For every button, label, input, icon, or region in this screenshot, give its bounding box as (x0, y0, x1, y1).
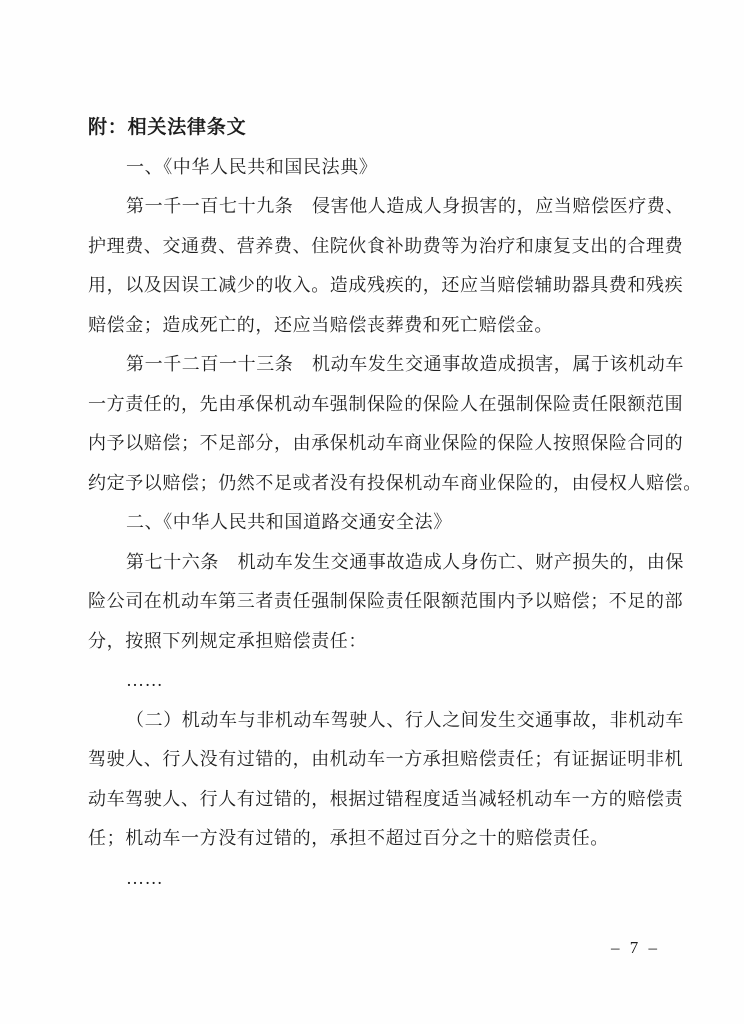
article-1213-line: 一方责任的，先由承保机动车强制保险的保险人在强制保险责任限额范围 (88, 385, 658, 425)
article-1213-line: 内予以赔偿；不足部分，由承保机动车商业保险的保险人按照保险合同的 (88, 424, 658, 464)
item-2-line: 任；机动车一方没有过错的，承担不超过百分之十的赔偿责任。 (88, 819, 658, 859)
article-1179-line: 赔偿金；造成死亡的，还应当赔偿丧葬费和死亡赔偿金。 (88, 306, 658, 346)
ellipsis-line: …… (88, 859, 658, 899)
article-76-line: 分，按照下列规定承担赔偿责任： (88, 622, 658, 662)
article-1179-line: 第一千一百七十九条 侵害他人造成人身损害的，应当赔偿医疗费、 (88, 187, 658, 227)
item-2-line: 动车驾驶人、行人有过错的，根据过错程度适当减轻机动车一方的赔偿责 (88, 780, 658, 820)
article-76-line: 险公司在机动车第三者责任强制保险责任限额范围内予以赔偿；不足的部 (88, 582, 658, 622)
item-2-line: （二）机动车与非机动车驾驶人、行人之间发生交通事故，非机动车 (88, 701, 658, 741)
section-2-title: 二、《中华人民共和国道路交通安全法》 (88, 503, 658, 543)
article-1213-line: 第一千二百一十三条 机动车发生交通事故造成损害，属于该机动车 (88, 345, 658, 385)
ellipsis-line: …… (88, 661, 658, 701)
document-body: 附：相关法律条文 一、《中华人民共和国民法典》 第一千一百七十九条 侵害他人造成… (88, 108, 658, 898)
page-number: – 7 – (611, 936, 660, 960)
document-page: 附：相关法律条文 一、《中华人民共和国民法典》 第一千一百七十九条 侵害他人造成… (0, 0, 744, 1024)
article-76-line: 第七十六条 机动车发生交通事故造成人身伤亡、财产损失的，由保 (88, 543, 658, 583)
article-1213-line: 约定予以赔偿；仍然不足或者没有投保机动车商业保险的，由侵权人赔偿。 (88, 464, 658, 504)
article-1179-line: 护理费、交通费、营养费、住院伙食补助费等为治疗和康复支出的合理费 (88, 227, 658, 267)
attachment-heading: 附：相关法律条文 (88, 108, 658, 148)
item-2-line: 驾驶人、行人没有过错的，由机动车一方承担赔偿责任；有证据证明非机 (88, 740, 658, 780)
section-1-title: 一、《中华人民共和国民法典》 (88, 148, 658, 188)
article-1179-line: 用，以及因误工减少的收入。造成残疾的，还应当赔偿辅助器具费和残疾 (88, 266, 658, 306)
